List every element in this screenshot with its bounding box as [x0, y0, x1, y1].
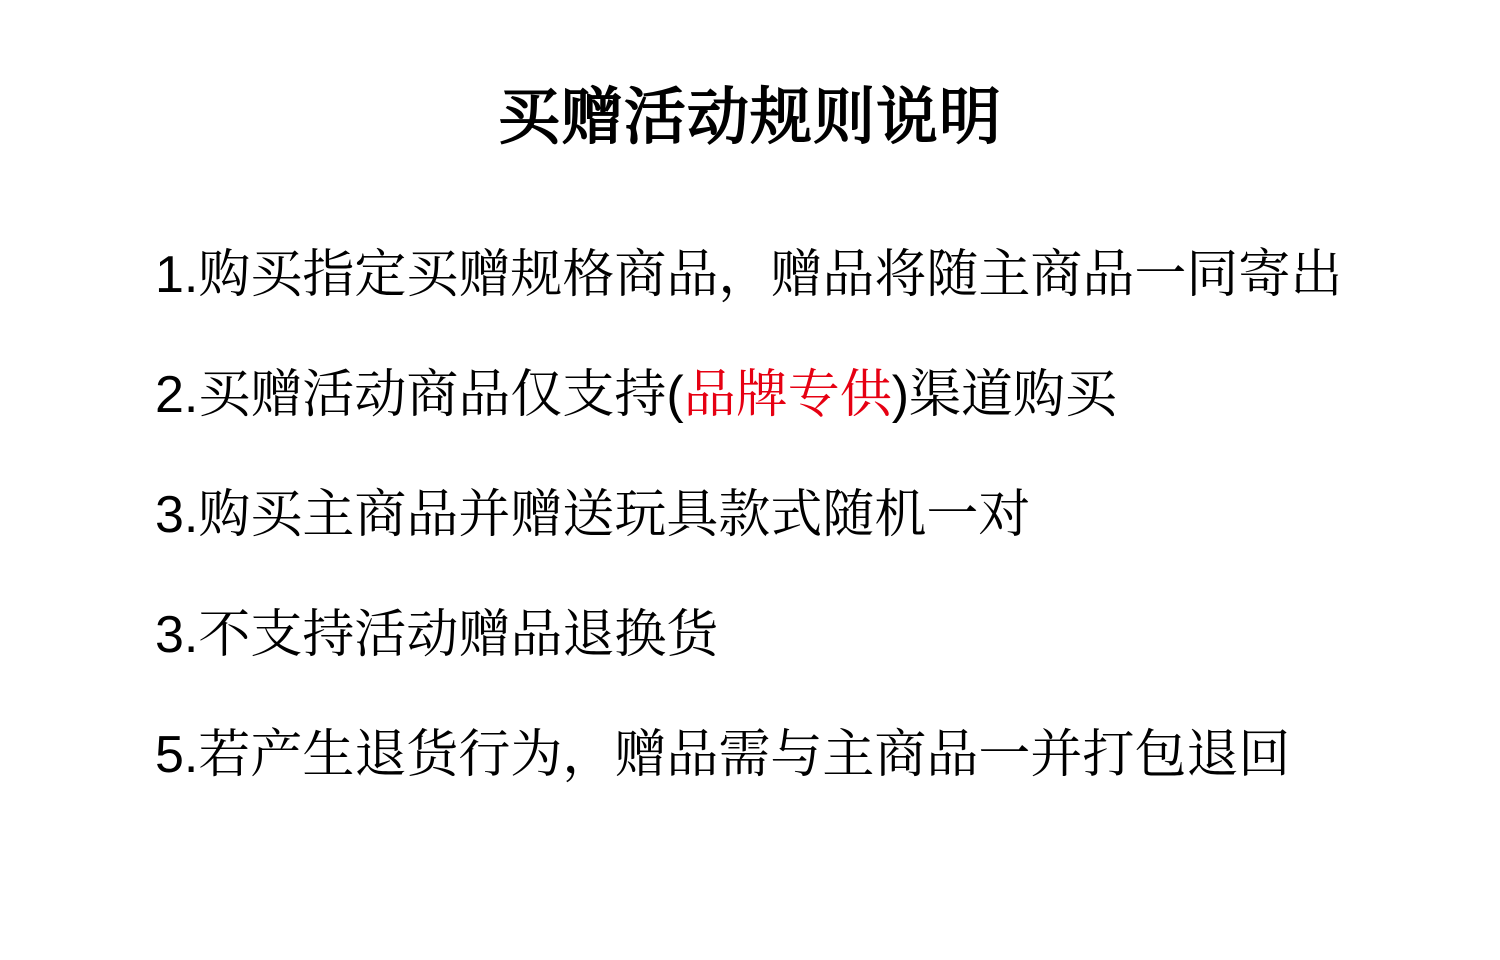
rule-item-5: 5.若产生退货行为，赠品需与主商品一并打包退回	[155, 720, 1380, 790]
promo-rules-page: 买赠活动规则说明 1.购买指定买赠规格商品，赠品将随主商品一同寄出 2.买赠活动…	[0, 0, 1500, 960]
rule-2-text-before: 2.买赠活动商品仅支持(	[155, 366, 684, 424]
rule-item-2: 2.买赠活动商品仅支持(品牌专供)渠道购买	[155, 360, 1380, 430]
rules-list: 1.购买指定买赠规格商品，赠品将随主商品一同寄出 2.买赠活动商品仅支持(品牌专…	[0, 240, 1500, 790]
rule-2-highlight-brand-exclusive: 品牌专供	[684, 366, 892, 424]
rule-1-text: 1.购买指定买赠规格商品，赠品将随主商品一同寄出	[155, 246, 1342, 304]
page-title: 买赠活动规则说明	[0, 0, 1500, 158]
rule-5-text: 5.若产生退货行为，赠品需与主商品一并打包退回	[155, 726, 1290, 784]
rule-3-text: 3.购买主商品并赠送玩具款式随机一对	[155, 486, 1030, 544]
rule-2-text-after: )渠道购买	[892, 366, 1117, 424]
rule-4-text: 3.不支持活动赠品退换货	[155, 606, 718, 664]
rule-item-1: 1.购买指定买赠规格商品，赠品将随主商品一同寄出	[155, 240, 1380, 310]
rule-item-4: 3.不支持活动赠品退换货	[155, 600, 1380, 670]
rule-item-3: 3.购买主商品并赠送玩具款式随机一对	[155, 480, 1380, 550]
